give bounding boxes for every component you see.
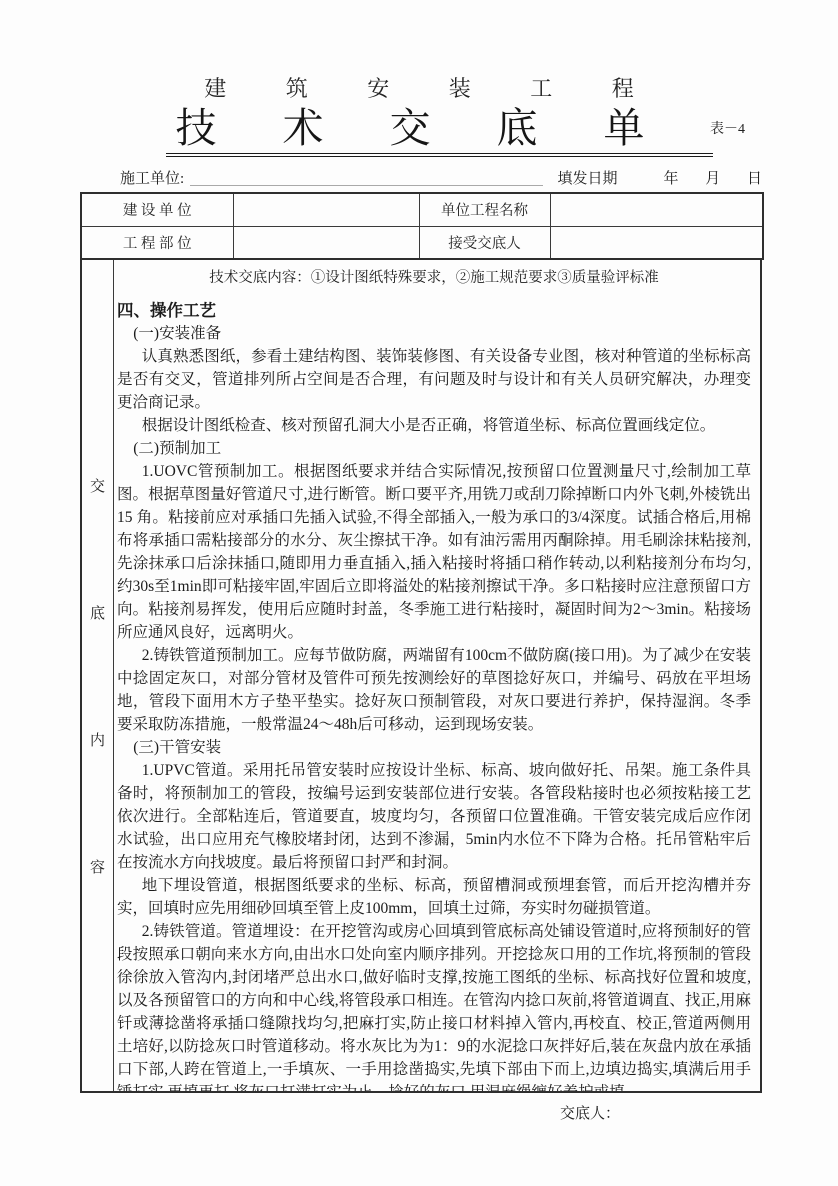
table-row: 建 设 单 位 单位工程名称 [81, 193, 763, 226]
side-vertical-label: 交 底 内 容 [82, 260, 114, 1091]
discloser-label: 交底人： [560, 1106, 620, 1122]
side-label-char: 交 [90, 475, 105, 496]
doc-title: 技术交底单 [166, 106, 713, 157]
document-header: 建 筑 安 装 工 程 技术交底单 表－4 [0, 0, 838, 157]
paragraph: 2.铸铁管道预制加工。应每节做防腐，两端留有100cm不做防腐(接口用)。为了减… [117, 644, 751, 736]
issue-date-label: 填发日期 [557, 167, 617, 188]
disclosure-content-table: 交 底 内 容 技术交底内容：①设计图纸特殊要求，②施工规范要求③质量验评标准 … [80, 260, 762, 1093]
construction-unit-label: 建 设 单 位 [81, 193, 233, 226]
project-info-table: 建 设 单 位 单位工程名称 工 程 部 位 接受交底人 [80, 192, 764, 260]
issue-date-fields[interactable]: 年 月 日 [663, 167, 762, 188]
form-number: 表－4 [710, 118, 745, 138]
builder-date-line: 施工单位: 填发日期 年 月 日 [80, 164, 762, 188]
sub-heading: (一)安装准备 [117, 322, 751, 345]
paragraph: 1.UPVC管道。采用托吊管安装时应按设计坐标、标高、坡向做好托、吊架。施工条件… [117, 759, 751, 874]
side-label-char: 内 [90, 729, 105, 750]
unit-project-name-label: 单位工程名称 [419, 193, 550, 226]
project-part-value[interactable] [233, 226, 419, 259]
unit-project-name-value[interactable] [550, 193, 763, 226]
paragraph: 根据设计图纸检查、核对预留孔洞大小是否正确，将管道坐标、标高位置画线定位。 [117, 414, 751, 437]
side-label-char: 容 [90, 856, 105, 877]
builder-unit-fill-line[interactable] [190, 168, 543, 186]
receiver-value[interactable] [550, 226, 763, 259]
paragraph: 认真熟悉图纸，参看土建结构图、装饰装修图、有关设备专业图，核对种管道的坐标标高是… [117, 345, 751, 414]
document-page: 建 筑 安 装 工 程 技术交底单 表－4 施工单位: 填发日期 年 月 日 建… [0, 0, 838, 1186]
section-heading: 四、操作工艺 [117, 299, 751, 322]
builder-unit-label: 施工单位: [80, 167, 184, 188]
receiver-label: 接受交底人 [419, 226, 550, 259]
paragraph: 地下埋设管道，根据图纸要求的坐标、标高，预留槽洞或预埋套管，而后开挖沟槽并夯实，… [117, 874, 751, 920]
table-row: 工 程 部 位 接受交底人 [81, 226, 763, 259]
disclosure-content-cell: 技术交底内容：①设计图纸特殊要求，②施工规范要求③质量验评标准 四、操作工艺 (… [114, 260, 760, 1091]
project-part-label: 工 程 部 位 [81, 226, 233, 259]
document-footer: 交底人： [0, 1102, 838, 1123]
content-header-line: 技术交底内容：①设计图纸特殊要求，②施工规范要求③质量验评标准 [117, 267, 751, 290]
side-label-char: 底 [90, 602, 105, 623]
sub-heading: (三)干管安装 [117, 736, 751, 759]
paragraph: 1.UOVC管预制加工。根据图纸要求并结合实际情况,按预留口位置测量尺寸,绘制加… [117, 460, 751, 644]
paragraph: 2.铸铁管道。管道埋设：在开挖管沟或房心回填到管底标高处铺设管道时,应将预制好的… [117, 920, 751, 1091]
doc-category-title: 建 筑 安 装 工 程 [0, 76, 838, 102]
construction-unit-value[interactable] [233, 193, 419, 226]
sub-heading: (二)预制加工 [117, 437, 751, 460]
